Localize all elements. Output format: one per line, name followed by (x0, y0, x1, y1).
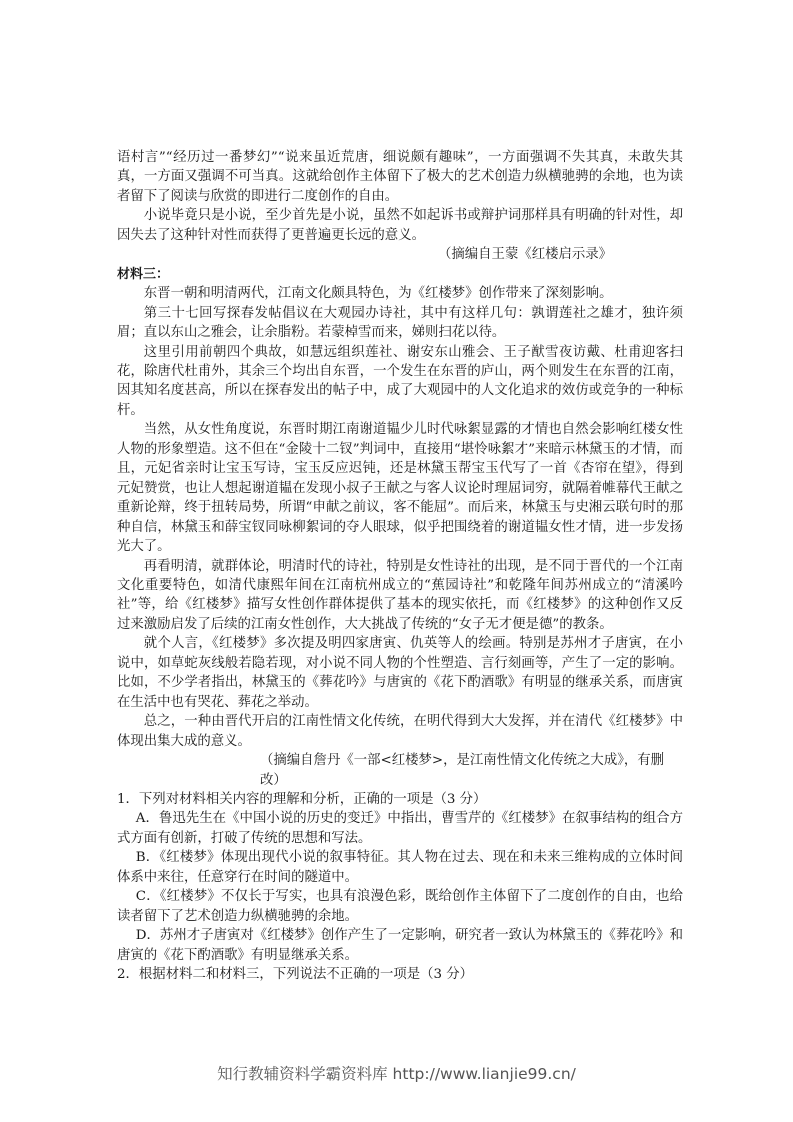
question-1-option-d: D．苏州才子唐寅对《红楼梦》创作产生了一定影响，研究者一致认为林黛玉的《葬花吟》… (117, 926, 683, 965)
material3-paragraph: 再看明清，就群体论，明清时代的诗社，特别是女性诗社的出现，是不同于晋代的一个江南… (117, 557, 683, 635)
material2-paragraph: 小说毕竟只是小说，至少首先是小说，虽然不如起诉书或辩护词那样具有明确的针对性，却… (117, 206, 683, 245)
material3-heading: 材料三： (117, 265, 683, 284)
question-1-option-c: C．《红楼梦》不仅长于写实，也具有浪漫色彩，既给创作主体留下了二度创作的自由，也… (117, 887, 683, 926)
question-1-option-b: B．《红楼梦》体现出现代小说的叙事特征。其人物在过去、现在和未来三维构成的立体时… (117, 848, 683, 887)
material3-paragraph: 第三十七回写探春发帖倡议在大观园办诗社，其中有这样几句：孰谓莲社之雄才，独许须眉… (117, 304, 683, 343)
material3-paragraph: 这里引用前朝四个典故，如慧远组织莲社、谢安东山雅会、王子猷雪夜访戴、杜甫迎客扫花… (117, 343, 683, 421)
material2-paragraph: 语村言”“经历过一番梦幻”“说来虽近荒唐，细说颇有趣味”，一方面强调不失其真，未… (117, 148, 683, 206)
exam-page: 语村言”“经历过一番梦幻”“说来虽近荒唐，细说颇有趣味”，一方面强调不失其真，未… (117, 148, 683, 984)
question-1-option-a: A．鲁迅先生在《中国小说的历史的变迁》中指出，曹雪芹的《红楼梦》在叙事结构的组合… (117, 809, 683, 848)
material3-paragraph: 东晋一朝和明清两代，江南文化颇具特色，为《红楼梦》创作带来了深刻影响。 (117, 284, 683, 303)
question-1-stem: 1．下列对材料相关内容的理解和分析，正确的一项是（3 分） (117, 790, 683, 809)
material3-paragraph: 总之，一种由晋代开启的江南性情文化传统，在明代得到大大发挥，并在清代《红楼梦》中… (117, 712, 683, 751)
material2-source: （摘编自王蒙《红楼启示录》 (117, 245, 683, 264)
material3-source: （摘编自詹丹《一部<红楼梦>，是江南性情文化传统之大成》，有删改） (117, 751, 683, 790)
material3-paragraph: 就个人言，《红楼梦》多次提及明四家唐寅、仇英等人的绘画。特别是苏州才子唐寅，在小… (117, 634, 683, 712)
watermark-footer: 知行教辅资料学霸资料库 http://www.lianjie99.cn/ (0, 1062, 793, 1084)
question-2-stem: 2．根据材料二和材料三，下列说法不正确的一项是（3 分） (117, 965, 683, 984)
material3-paragraph: 当然，从女性角度说，东晋时期江南谢道韫少儿时代咏絮显露的才情也自然会影响红楼女性… (117, 420, 683, 556)
